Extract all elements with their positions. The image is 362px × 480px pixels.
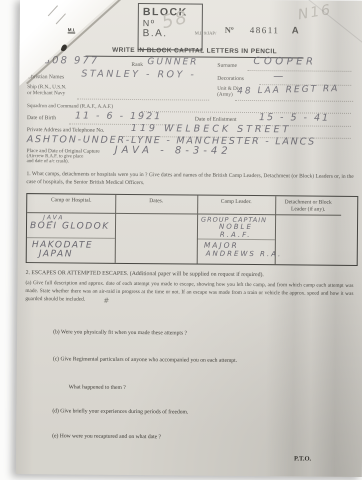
question2-heading: 2. ESCAPES OR ATTEMPTED ESCAPES. (Additi…	[26, 270, 264, 278]
leader-row1-line3: R.A.F.	[220, 231, 252, 239]
squadron-label: Squadron and Command (R.A.F., A.A.F.)	[27, 103, 113, 110]
enlistment-value: 15 - 5 - 41	[259, 112, 330, 124]
reference-number: 48611	[250, 25, 280, 35]
decorations-value: —	[273, 71, 285, 82]
date-of-birth-label: Date of Birth	[27, 115, 56, 121]
reference-prefix: M.I. 9/JAP/	[195, 31, 217, 36]
ink-blot	[60, 44, 67, 52]
pto-label: P.T.O.	[294, 455, 311, 462]
rank-value: GUNNER	[147, 57, 198, 67]
surname-label: Surname	[217, 63, 237, 69]
camp-row1-name: BOEI GLODOK	[30, 221, 110, 232]
fold-print-mark	[56, 13, 66, 24]
camp-table: Camp or Hospital. Dates. Camp Leader. De…	[26, 193, 359, 266]
scanned-document-photo: BLOCK Nº B.A. 58 M.I. 9/JAP/ Nº 48611 A …	[0, 0, 362, 480]
fold-print-mark	[48, 5, 58, 16]
decorations-label: Decorations	[217, 76, 244, 82]
camp-row2-name-line2: JAPAN	[39, 249, 73, 259]
question2d-text: (d) Give briefly your experiences during…	[52, 408, 188, 415]
question2e-text: (e) How were you recaptured and on what …	[52, 433, 161, 440]
address-value-line1: 119 WELBECK STREET	[131, 123, 292, 135]
enlistment-label: Date of Enlistment	[195, 117, 237, 123]
pow-liberation-questionnaire-form: BLOCK Nº B.A. 58 M.I. 9/JAP/ Nº 48611 A …	[16, 0, 362, 477]
rank-label: Rank	[131, 62, 143, 68]
fold-text-fragment: M.I.	[68, 27, 76, 32]
reference-no-label: Nº	[225, 25, 234, 35]
leader-row1-line2: NOBLE	[219, 223, 253, 231]
question2b-text: (b) Were you physically fit when you mad…	[53, 329, 187, 336]
leader-row2-line1: MAJOR	[204, 241, 239, 250]
rule-line	[235, 99, 353, 102]
table-header-detachment: Detachment or Block Leader (if any).	[275, 196, 341, 216]
ship-label-line2: or Merchant Navy	[27, 90, 65, 96]
address-label: Private Address and Telephone No.	[27, 127, 105, 134]
table-header-dates: Dates.	[115, 195, 197, 215]
reference-series: A	[292, 25, 299, 36]
leader-row2-line2: ANDREWS R.A.	[206, 250, 283, 259]
date-of-birth-value: 11 - 6 - 1921	[75, 110, 162, 122]
question2c-text: (c) Give Regimental particulars of anyon…	[53, 356, 237, 364]
capture-label-line3: and date of a/c crash).	[27, 159, 69, 164]
rule-line	[247, 69, 351, 72]
question1-text: 1. What camps, detachments or hospitals …	[26, 170, 356, 189]
rule-line	[77, 98, 209, 101]
table-header-camp: Camp or Hospital.	[27, 194, 115, 214]
surname-value: COOPER	[253, 56, 316, 68]
table-header-leader: Camp Leader.	[197, 196, 275, 216]
capture-value: JAVA - 8-3-42	[115, 145, 232, 157]
question2c2-text: What happened to them ?	[69, 384, 126, 390]
unit-label-line2: (Army)	[217, 92, 233, 98]
question2a-text: (a) Give full description and approx. da…	[25, 280, 353, 307]
unit-value: 48 LAA REGT RA	[237, 84, 339, 97]
christian-names-value: STANLEY - ROY -	[81, 69, 196, 81]
pencil-mark: #	[103, 297, 111, 305]
